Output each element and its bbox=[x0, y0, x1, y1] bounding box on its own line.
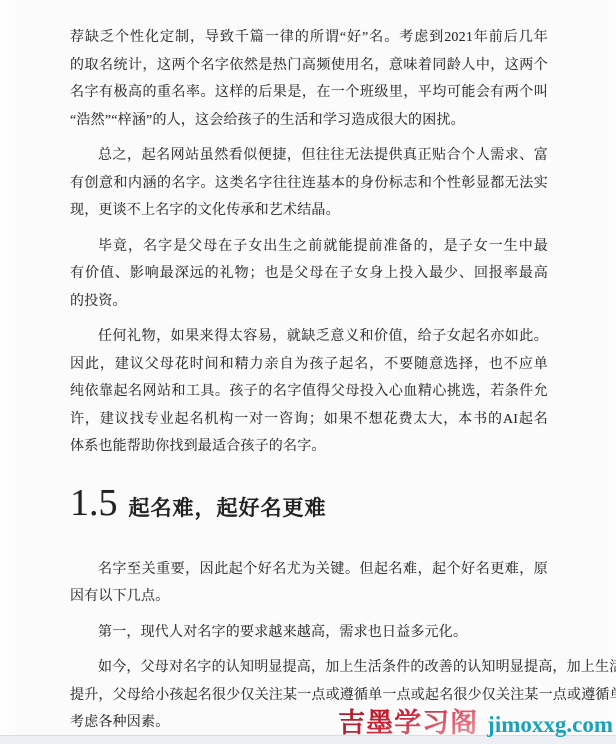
paragraph-4: 任何礼物，如果来得太容易，就缺乏意义和价值，给子女起名亦如此。 因此，建议父母花… bbox=[70, 323, 548, 461]
text-line: 体系也能帮助你找到最适合孩子的名字。 bbox=[70, 433, 548, 461]
section-title: 起名难，起好名更难 bbox=[129, 492, 327, 522]
text-line: 纯依靠起名网站和工具。孩子的名字值得父母投入心血精心挑选，若条件允 bbox=[70, 378, 548, 406]
section-heading: 1.5 起名难，起好名更难 bbox=[70, 483, 548, 523]
text-line: 名字至关重要，因此起个好名尤为关键。但起名难，起个好名更难，原 bbox=[70, 556, 548, 584]
watermark: 吉墨学习阁 jimoxxg.com bbox=[338, 701, 613, 740]
text-line: 名字有极高的重名率。这样的后果是，在一个班级里，平均可能会有两个叫 bbox=[70, 79, 548, 107]
paragraph-1: 荐缺乏个性化定制，导致千篇一律的所谓“好”名。考虑到2021年前后几年 的取名统… bbox=[70, 24, 548, 134]
section-number: 1.5 bbox=[70, 483, 118, 523]
paragraph-6: 第一，现代人对名字的要求越来越高，需求也日益多元化。 bbox=[70, 619, 548, 647]
text-line: 有价值、影响最深远的礼物；也是父母在子女身上投入最少、回报率最高 bbox=[70, 260, 548, 288]
text-line: 的投资。 bbox=[70, 288, 548, 316]
text-line: 因有以下几点。 bbox=[70, 583, 548, 611]
text-line: 毕竟，名字是父母在子女出生之前就能提前准备的，是子女一生中最 bbox=[70, 233, 548, 261]
text-line-overflow: 如今，父母对名字的认知明显提高，加上生活条件的改善的认知明显提高，加上生活 bbox=[70, 654, 548, 682]
text-line: 的取名统计，这两个名字依然是热门高频使用名，意味着同龄人中，这两个 bbox=[70, 52, 548, 80]
text-line: 有创意和内涵的名字。这类名字往往连基本的身份标志和个性彰显都无法实 bbox=[70, 170, 548, 198]
document-page: 荐缺乏个性化定制，导致千篇一律的所谓“好”名。考虑到2021年前后几年 的取名统… bbox=[0, 0, 616, 744]
paragraph-3: 毕竟，名字是父母在子女出生之前就能提前准备的，是子女一生中最 有价值、影响最深远… bbox=[70, 233, 548, 316]
paragraph-2: 总之，起名网站虽然看似便捷，但往往无法提供真正贴合个人需求、富 有创意和内涵的名… bbox=[70, 142, 548, 225]
text-column: 荐缺乏个性化定制，导致千篇一律的所谓“好”名。考虑到2021年前后几年 的取名统… bbox=[70, 24, 548, 744]
text-line: 总之，起名网站虽然看似便捷，但往往无法提供真正贴合个人需求、富 bbox=[70, 142, 548, 170]
text-line: 现，更谈不上名字的文化传承和艺术结晶。 bbox=[70, 197, 548, 225]
text-line: 许，建议找专业起名机构一对一咨询；如果不想花费太大，本书的AI起名 bbox=[70, 406, 548, 434]
watermark-brand-logo: 吉墨学习阁 bbox=[338, 701, 478, 740]
watermark-domain-text: jimoxxg.com bbox=[487, 712, 613, 738]
text-line: 荐缺乏个性化定制，导致千篇一律的所谓“好”名。考虑到2021年前后几年 bbox=[70, 24, 548, 52]
text-line: 因此，建议父母花时间和精力亲自为孩子起名，不要随意选择，也不应单 bbox=[70, 351, 548, 379]
text-line: “浩然”“梓涵”的人，这会给孩子的生活和学习造成很大的困扰。 bbox=[70, 107, 548, 135]
paragraph-5: 名字至关重要，因此起个好名尤为关键。但起名难，起个好名更难，原 因有以下几点。 bbox=[70, 556, 548, 611]
text-line: 第一，现代人对名字的要求越来越高，需求也日益多元化。 bbox=[70, 619, 548, 647]
text-line: 任何礼物，如果来得太容易，就缺乏意义和价值，给子女起名亦如此。 bbox=[70, 323, 548, 351]
